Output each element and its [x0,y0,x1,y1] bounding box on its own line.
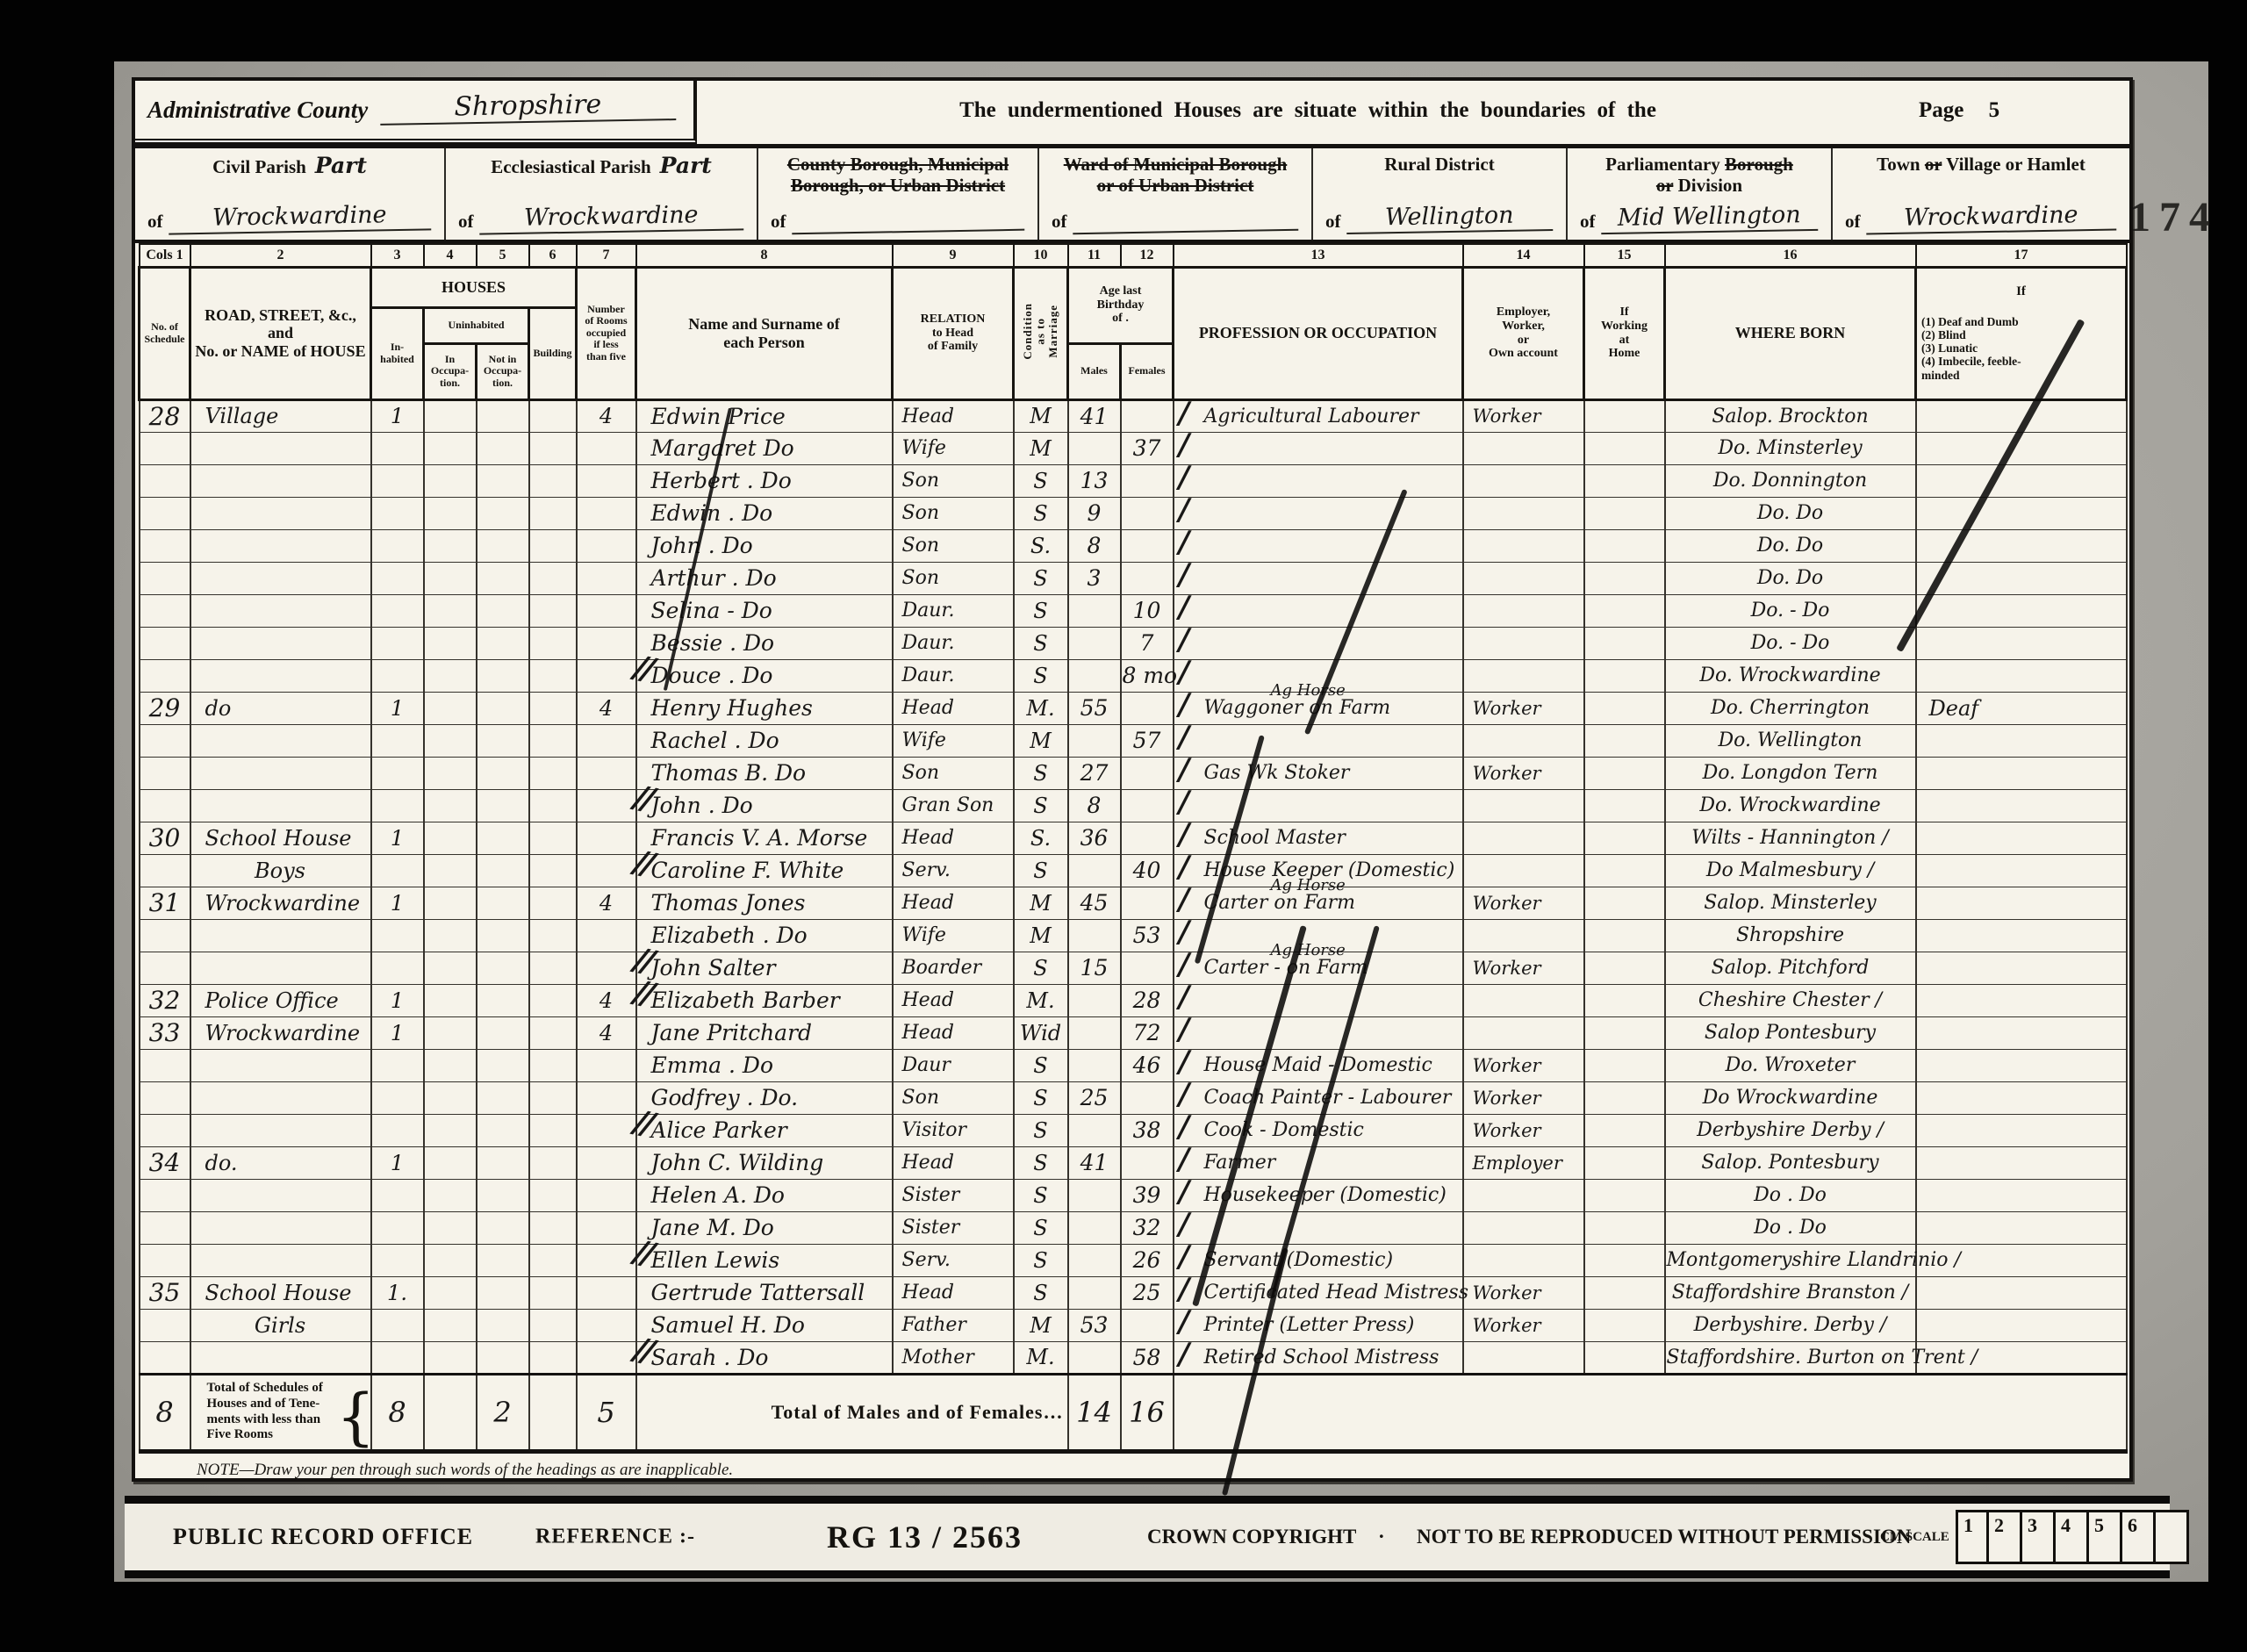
col-header-road: ROAD, STREET, &c., and No. or NAME of HO… [190,267,371,399]
cell-born: Do. - Do [1665,627,1916,659]
cell-home [1584,1081,1665,1114]
cell-inf [1916,1211,2127,1244]
enumerator-tick: / [1179,557,1189,593]
cell-inf [1916,1309,2127,1341]
cell-m [1068,1179,1121,1211]
enumerator-tick: / [1179,720,1189,755]
cell-born: Salop. Brockton [1665,399,1916,432]
cell-emp [1463,724,1584,757]
record-row: //Douce . DoDaur.S8 mo/Do. Wrockwardine [140,659,2127,692]
col-header-where-born: WHERE BORN [1665,267,1916,399]
cell-rooms: // [577,659,636,692]
record-row: John . DoSonS.8/Do. Do [140,529,2127,562]
cell-s [140,724,190,757]
scan-background: Administrative County Shropshire The und… [0,0,2247,1652]
cell-m [1068,432,1121,464]
header-field-value [791,201,1023,235]
cell-road [190,1081,371,1114]
ruler-cell [2156,1510,2189,1564]
cell-bld [529,887,577,919]
record-row: Emma . DoDaurS46/House Maid - DomesticWo… [140,1049,2127,1081]
cell-notocc [477,497,529,529]
cell-rooms: 4 [577,1016,636,1049]
record-row: Helen A. DoSisterS39/Housekeeper (Domest… [140,1179,2127,1211]
col-header-employer: Employer, Worker, or Own account [1463,267,1584,399]
cell-f [1121,529,1174,562]
cell-rel: Head [893,1016,1014,1049]
cell-rooms [577,432,636,464]
enumerator-tick: / [1179,1110,1189,1145]
cell-inh [371,789,424,822]
enumerator-tick: / [1179,785,1189,820]
cell-rooms: // [577,1244,636,1276]
cell-born: Salop. Minsterley [1665,887,1916,919]
public-record-office-bar: PUBLIC RECORD OFFICE REFERENCE :- RG 13 … [125,1496,2170,1578]
cell-rooms: // [577,789,636,822]
record-row: //Ellen LewisServ.S26/Servant (Domestic)… [140,1244,2127,1276]
record-row: 35School House1.Gertrude TattersallHeadS… [140,1276,2127,1309]
cell-born: Do. Do [1665,562,1916,594]
cell-occ: /Farmer [1174,1146,1463,1179]
cell-notocc [477,757,529,789]
cell-inh [371,1341,424,1374]
ruler-cell: 5 [2089,1510,2122,1564]
cell-cond: S [1014,1276,1068,1309]
cell-cond: S [1014,1114,1068,1146]
cell-inocc [424,822,477,854]
administrative-county-label: Administrative County [147,97,368,124]
cell-notocc [477,1211,529,1244]
cell-inf [1916,789,2127,822]
cell-rel: Head [893,984,1014,1016]
cell-name: Herbert . Do [636,464,893,497]
cell-cond: Wid [1014,1016,1068,1049]
cell-m: 36 [1068,822,1121,854]
cell-s [140,789,190,822]
cell-m [1068,854,1121,887]
cell-inh [371,952,424,984]
cell-inocc [424,692,477,724]
record-row: 31Wrockwardine14Thomas JonesHeadM45/Ag H… [140,887,2127,919]
cell-name: Francis V. A. Morse [636,822,893,854]
cell-m: 41 [1068,399,1121,432]
cell-occ: /Gas Wk Stoker [1174,757,1463,789]
cell-inf [1916,1049,2127,1081]
ruler-cell: 6 [2122,1510,2156,1564]
total-females: 16 [1121,1374,1174,1451]
cell-f: 37 [1121,432,1174,464]
cell-bld [529,1341,577,1374]
record-row: 30School House1Francis V. A. MorseHeadS.… [140,822,2127,854]
cell-road [190,789,371,822]
cell-f: 38 [1121,1114,1174,1146]
cell-inf [1916,1146,2127,1179]
cell-inf [1916,724,2127,757]
record-row: Elizabeth . DoWifeM53/Shropshire [140,919,2127,952]
header-field: Town or Village or HamletofWrockwardine [1831,148,2129,240]
column-number: 17 [1916,244,2127,267]
cell-inf: Deaf [1916,692,2127,724]
cell-s [140,594,190,627]
cell-inh: 1. [371,1276,424,1309]
header-field-value [1072,201,1297,234]
cell-name: John Salter [636,952,893,984]
header-field: County Borough, MunicipalBorough, or Urb… [757,148,1037,240]
cell-inf [1916,919,2127,952]
ruler-cell: 4 [2056,1510,2089,1564]
census-page: Administrative County Shropshire The und… [132,77,2133,1482]
record-row: Herbert . DoSonS13/Do. Donnington [140,464,2127,497]
cell-rel: Gran Son [893,789,1014,822]
cell-bld [529,984,577,1016]
cell-occ: / [1174,789,1463,822]
cell-road [190,919,371,952]
cell-rel: Wife [893,432,1014,464]
cell-m [1068,919,1121,952]
record-row: //John . DoGran SonS8/Do. Wrockwardine [140,789,2127,822]
record-row: Selina - DoDaur.S10/Do. - Do [140,594,2127,627]
cell-rooms [577,594,636,627]
col-header-in-occupation: In Occupa- tion. [424,343,477,399]
col-header-schedule: No. of Schedule [140,267,190,399]
cell-bld [529,692,577,724]
cell-notocc [477,952,529,984]
cell-s [140,562,190,594]
cell-rooms [577,464,636,497]
column-number: Cols 1 [140,244,190,267]
cell-s: 31 [140,887,190,919]
cell-f: 7 [1121,627,1174,659]
cell-s [140,497,190,529]
cell-notocc [477,1114,529,1146]
cell-rooms: 4 [577,399,636,432]
cell-occ: / [1174,529,1463,562]
cell-name: John . Do [636,789,893,822]
cell-home [1584,1211,1665,1244]
cell-name: Arthur . Do [636,562,893,594]
cell-rel: Head [893,887,1014,919]
cell-road [190,659,371,692]
cell-s [140,432,190,464]
cell-emp [1463,529,1584,562]
cell-inf [1916,1276,2127,1309]
cell-road [190,497,371,529]
header-field-value: Mid Wellington [1600,201,1817,234]
totals-label: Total of Schedules of Houses and of Tene… [190,1374,371,1451]
cell-m [1068,724,1121,757]
cell-s [140,952,190,984]
cell-notocc [477,594,529,627]
situate-statement: The undermentioned Houses are situate wi… [697,81,1919,144]
cell-f [1121,887,1174,919]
cell-f [1121,789,1174,822]
cell-rel: Wife [893,724,1014,757]
cell-inh [371,659,424,692]
cell-born: Do. Cherrington [1665,692,1916,724]
cell-bld [529,627,577,659]
cm-scale-ruler: 123456 [1956,1510,2189,1564]
cell-home [1584,627,1665,659]
cell-inh [371,1244,424,1276]
cell-m [1068,1016,1121,1049]
enumerator-tick: / [1179,1239,1189,1275]
cell-rooms [577,919,636,952]
cell-rel: Daur [893,1049,1014,1081]
cell-m: 45 [1068,887,1121,919]
enumerator-tick: / [1179,687,1189,722]
cell-m: 55 [1068,692,1121,724]
cell-rel: Serv. [893,1244,1014,1276]
brace-glyph: { [336,1381,376,1454]
cell-rooms [577,1146,636,1179]
cell-notocc [477,432,529,464]
cell-emp: Worker [1463,1276,1584,1309]
col-header-inhabited: In- habited [371,307,424,399]
cell-rel: Head [893,822,1014,854]
col-header-houses: HOUSES [371,267,577,307]
cell-bld [529,1244,577,1276]
cell-m: 8 [1068,529,1121,562]
cell-inocc [424,724,477,757]
cell-home [1584,1341,1665,1374]
cell-name: Jane Pritchard [636,1016,893,1049]
record-row: 29do14Henry HughesHeadM.55/Ag HorseWaggo… [140,692,2127,724]
cell-name: Samuel H. Do [636,1309,893,1341]
cell-emp: Worker [1463,692,1584,724]
cell-road [190,1244,371,1276]
cell-name: John . Do [636,529,893,562]
of-label: of [458,211,474,233]
census-table: Cols 1234567891011121314151617 No. of Sc… [138,243,2128,1454]
cell-born: Do. Wroxeter [1665,1049,1916,1081]
cell-home [1584,432,1665,464]
cell-occ: / [1174,464,1463,497]
cell-cond: S [1014,757,1068,789]
pro-office-label: PUBLIC RECORD OFFICE [173,1524,473,1550]
header-field-value: Wrockwardine [168,200,430,234]
cell-inocc [424,627,477,659]
cell-f: 40 [1121,854,1174,887]
cell-born: Montgomeryshire Llandrinio / [1665,1244,1916,1276]
cell-born: Do. Wellington [1665,724,1916,757]
cell-emp [1463,464,1584,497]
cell-inf [1916,1114,2127,1146]
cell-bld [529,822,577,854]
cell-occ: /Ag HorseCarter - on Farm [1174,952,1463,984]
cell-name: Edwin Price [636,399,893,432]
cell-s [140,757,190,789]
column-number: 9 [893,244,1014,267]
cell-road: Boys [190,854,371,887]
cell-notocc [477,1146,529,1179]
column-number: 11 [1068,244,1121,267]
cell-occ: / [1174,562,1463,594]
cell-bld [529,1016,577,1049]
cell-f: 53 [1121,919,1174,952]
cell-emp [1463,1211,1584,1244]
cell-emp: Worker [1463,1114,1584,1146]
totals-row: 8 Total of Schedules of Houses and of Te… [140,1374,2127,1451]
cell-f [1121,1146,1174,1179]
cell-emp [1463,822,1584,854]
cell-inh: 1 [371,1146,424,1179]
cell-s [140,1211,190,1244]
col-header-uninhabited: Uninhabited [424,307,529,343]
cell-rel: Visitor [893,1114,1014,1146]
cell-name: Thomas Jones [636,887,893,919]
header-field-label: County Borough, MunicipalBorough, or Urb… [758,154,1037,196]
enumerator-tick: / [1179,590,1189,625]
of-label: of [1845,211,1861,233]
form-top-row: Administrative County Shropshire The und… [135,81,2129,148]
cell-f: 57 [1121,724,1174,757]
cell-f: 46 [1121,1049,1174,1081]
cell-rel: Serv. [893,854,1014,887]
cell-emp: Worker [1463,399,1584,432]
cell-rooms [577,724,636,757]
cell-rooms [577,757,636,789]
cell-m [1068,1114,1121,1146]
cell-name: Elizabeth . Do [636,919,893,952]
cell-m [1068,659,1121,692]
total-inhabited: 8 [371,1374,424,1451]
cell-notocc [477,984,529,1016]
record-row: Boys//Caroline F. WhiteServ.S40/House Ke… [140,854,2127,887]
cell-name: Douce . Do [636,659,893,692]
enumerator-tick: / [1179,1337,1189,1372]
cell-inh [371,1211,424,1244]
header-field-label: Parliamentary Boroughor Division [1568,154,1831,196]
header-field-part: Part [660,153,712,178]
cell-s: 29 [140,692,190,724]
enumerator-tick: / [1179,752,1189,787]
records-body: 28Village14Edwin PriceHeadM41/Agricultur… [140,399,2127,1374]
cell-rel: Son [893,1081,1014,1114]
cell-bld [529,1049,577,1081]
cell-road [190,627,371,659]
cell-emp: Worker [1463,757,1584,789]
cell-bld [529,1179,577,1211]
cell-m [1068,1211,1121,1244]
cell-s [140,627,190,659]
cell-name: Margaret Do [636,432,893,464]
cell-cond: S. [1014,529,1068,562]
cell-inf [1916,887,2127,919]
cell-home [1584,1049,1665,1081]
cell-emp [1463,854,1584,887]
cell-inh [371,1179,424,1211]
cell-emp [1463,562,1584,594]
cell-notocc [477,627,529,659]
cell-f: 32 [1121,1211,1174,1244]
record-row: GirlsSamuel H. DoFatherM53/Printer (Lett… [140,1309,2127,1341]
cell-home [1584,757,1665,789]
cell-cond: S [1014,464,1068,497]
cell-name: Elizabeth Barber [636,984,893,1016]
col-header-building: Building [529,307,577,399]
cell-inocc [424,497,477,529]
header-field-label: Town or Village or Hamlet [1833,154,2129,175]
cell-inocc [424,432,477,464]
cell-road [190,1341,371,1374]
footnote: NOTE—Draw your pen through such words of… [197,1461,2129,1480]
total-males: 14 [1068,1374,1121,1451]
cell-inh [371,562,424,594]
cell-road [190,432,371,464]
administrative-county-value: Shropshire [380,88,676,126]
cell-rooms: // [577,1341,636,1374]
col-header-condition: Condition as to Marriage [1014,267,1068,399]
page-number: Page 5 [1919,81,2129,144]
cell-m: 15 [1068,952,1121,984]
cell-inh [371,529,424,562]
cell-born: Salop. Pontesbury [1665,1146,1916,1179]
cell-inocc [424,1049,477,1081]
cell-home [1584,1244,1665,1276]
cell-bld [529,464,577,497]
occupation-annotation: Ag Horse [1271,681,1346,700]
cell-bld [529,724,577,757]
cell-born: Derbyshire. Derby / [1665,1309,1916,1341]
cell-name: Edwin . Do [636,497,893,529]
cell-m: 8 [1068,789,1121,822]
cell-emp [1463,1016,1584,1049]
ruler-cell: 3 [2022,1510,2056,1564]
cell-bld [529,757,577,789]
cell-rel: Wife [893,919,1014,952]
cell-road [190,529,371,562]
cell-born: Do . Do [1665,1179,1916,1211]
cell-name: Jane M. Do [636,1211,893,1244]
cell-road: do. [190,1146,371,1179]
cell-born: Do . Do [1665,1211,1916,1244]
cell-home [1584,399,1665,432]
cell-notocc [477,464,529,497]
cell-notocc [477,887,529,919]
cell-s [140,1341,190,1374]
cell-notocc [477,1016,529,1049]
cell-f: 10 [1121,594,1174,627]
header-field: Ward of Municipal Boroughor of Urban Dis… [1037,148,1311,240]
cell-home [1584,659,1665,692]
cell-inh [371,1309,424,1341]
header-field-value: Wellington [1346,201,1552,234]
occupation-annotation: Ag Horse [1271,941,1346,959]
cell-rooms [577,1081,636,1114]
record-row: Rachel . DoWifeM57/Do. Wellington [140,724,2127,757]
cell-inf [1916,952,2127,984]
ruler-cell: 1 [1956,1510,1989,1564]
cell-emp [1463,659,1584,692]
cell-home [1584,952,1665,984]
enumerator-tick: / [1179,655,1189,690]
header-field-part: Part [315,153,367,178]
cell-notocc [477,399,529,432]
cell-m: 9 [1068,497,1121,529]
cell-emp: Worker [1463,952,1584,984]
enumerator-tick: / [1179,427,1189,463]
cell-inocc [424,984,477,1016]
cell-m [1068,1244,1121,1276]
cell-name: Ellen Lewis [636,1244,893,1276]
cell-cond: M [1014,399,1068,432]
cell-f [1121,1081,1174,1114]
header-row-1: No. of Schedule ROAD, STREET, &c., and N… [140,267,2127,307]
cell-rel: Son [893,497,1014,529]
cell-inh [371,1081,424,1114]
cell-m [1068,627,1121,659]
cell-occ: /Servant (Domestic) [1174,1244,1463,1276]
